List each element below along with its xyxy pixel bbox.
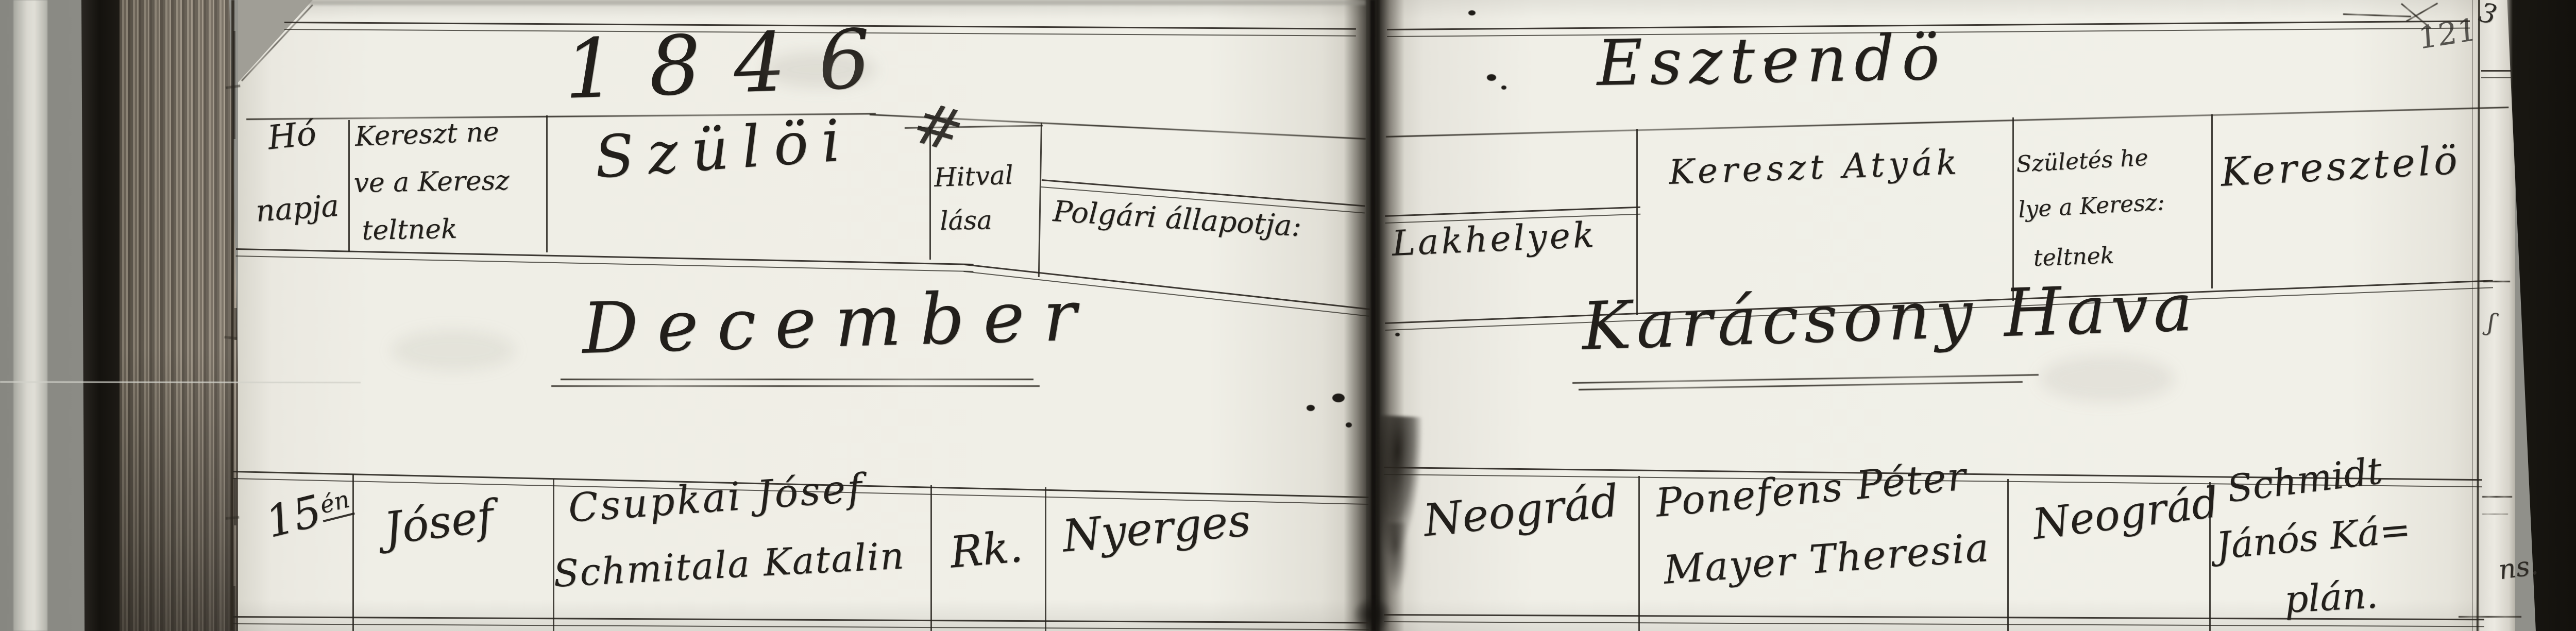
column-header-religion-line1: Hitval	[934, 160, 1014, 193]
strip-tick	[2482, 514, 2508, 515]
column-header-name-line3: teltnek	[362, 214, 457, 246]
column-divider	[546, 115, 548, 252]
month-underline	[561, 379, 1033, 380]
column-divider	[930, 485, 932, 631]
month-underline	[551, 385, 1040, 387]
strip-tick	[2482, 496, 2512, 498]
ink-speck	[1346, 422, 1352, 428]
era-title: Esztendö	[1596, 21, 1947, 100]
row-religion: Rk.	[948, 521, 1025, 578]
paper-stain	[392, 330, 515, 371]
right-page-edge-line	[2472, 0, 2473, 631]
ink-speck	[1332, 394, 1345, 402]
ink-speck	[1501, 86, 1506, 90]
ink-speck	[1307, 405, 1315, 411]
ink-speck	[1395, 333, 1400, 336]
page-fore-edges	[120, 0, 244, 631]
column-header-name-line1: Kereszt ne	[354, 116, 500, 152]
column-header-religion-line2: lása	[940, 205, 992, 236]
column-divider	[1045, 487, 1046, 631]
column-divider	[352, 474, 354, 631]
page-top-shade	[309, 0, 1365, 5]
ink-speck	[1468, 10, 1476, 15]
scratch-line	[0, 381, 361, 383]
paper-stain	[762, 52, 876, 88]
column-divider	[2211, 114, 2213, 288]
column-header-birthplace-line3: teltnek	[2033, 243, 2114, 271]
row-baptizer-line3: plán.	[2283, 573, 2379, 621]
ink-speck	[1487, 74, 1496, 81]
column-divider	[2007, 479, 2009, 631]
column-divider	[348, 120, 350, 252]
gutter-ink-smudge-tail	[1383, 523, 1409, 595]
column-header-day-line1: Hó	[266, 114, 318, 157]
next-page-strip	[2480, 0, 2515, 631]
month-heading-left: December	[581, 275, 1096, 370]
column-divider	[1638, 476, 1640, 631]
edge-mark: ns.	[2497, 550, 2540, 586]
register-scan: 121 3 ʃ ns. 1846 # Esztendö Hó napja Ker…	[0, 0, 2576, 631]
paper-stain	[2040, 355, 2174, 402]
column-header-day-line2: napja	[255, 188, 340, 229]
left-margin-highlight	[13, 0, 47, 631]
strip-tick	[2459, 616, 2521, 618]
column-divider	[2012, 117, 2014, 301]
stitch-mark	[234, 308, 237, 340]
page-corner-backdrop	[238, 0, 313, 82]
ink-speck	[1764, 58, 1771, 62]
strip-tick	[2481, 70, 2511, 78]
column-header-name-line2: ve a Keresz	[353, 165, 510, 199]
